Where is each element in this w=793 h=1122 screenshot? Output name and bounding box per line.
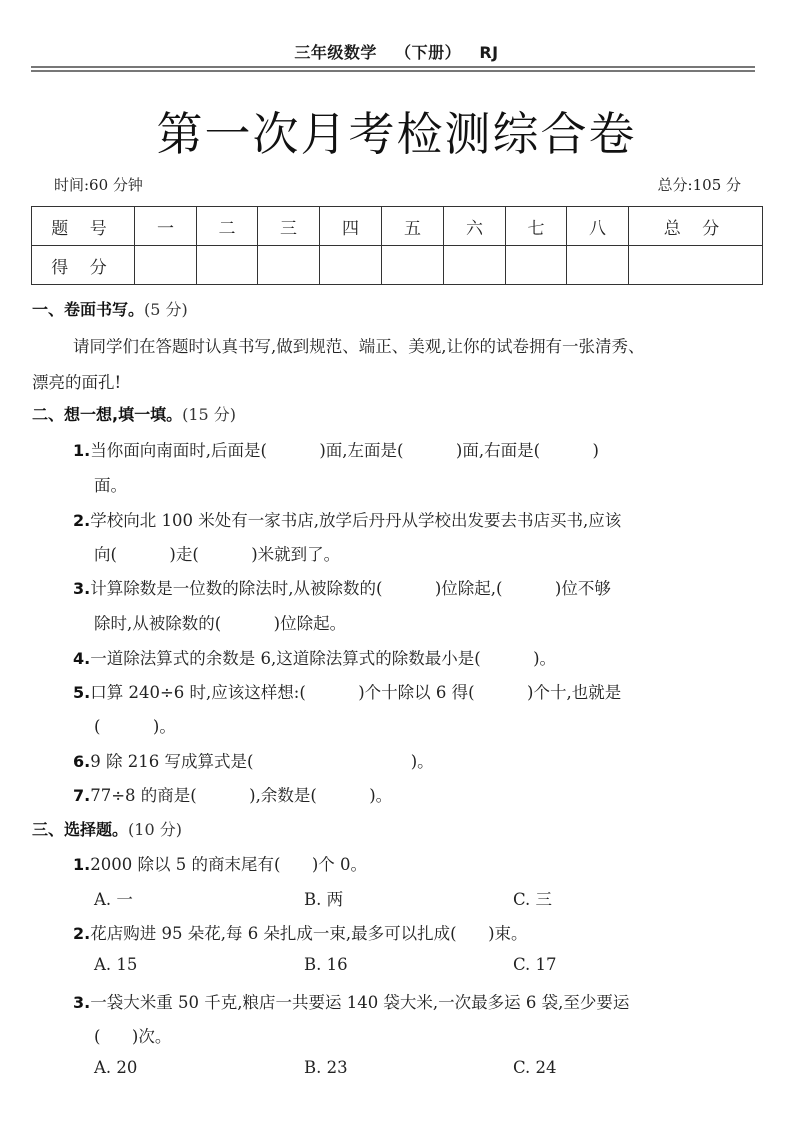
question-number: 3.	[73, 579, 90, 598]
column-header: 四	[320, 207, 382, 246]
choice-option-c[interactable]: C. 三	[513, 886, 552, 910]
section-points: (10 分)	[128, 820, 182, 839]
header-rule-top	[31, 66, 755, 68]
score-label: 得 分	[32, 246, 135, 285]
fill-question-2: 2.学校向北 100 米处有一家书店,放学后丹丹从学校出发要去书店买书,应该	[73, 507, 621, 531]
section-1-body-line-2: 漂亮的面孔!	[32, 369, 121, 393]
choice-option-b[interactable]: B. 23	[304, 1058, 348, 1077]
question-text: 2000 除以 5 的商末尾有( )个 0。	[90, 855, 367, 874]
header-subject: 三年级数学 （下册） RJ	[0, 40, 793, 63]
section-3-title: 三、选择题。(10 分)	[32, 817, 182, 840]
score-cell[interactable]	[320, 246, 382, 285]
fill-question-2-cont: 向( )走( )米就到了。	[94, 541, 340, 565]
score-cell[interactable]	[506, 246, 567, 285]
choice-question-3: 3.一袋大米重 50 千克,粮店一共要运 140 袋大米,一次最多运 6 袋,至…	[73, 989, 629, 1013]
question-text: 学校向北 100 米处有一家书店,放学后丹丹从学校出发要去书店买书,应该	[90, 511, 621, 530]
choice-option-b[interactable]: B. 16	[304, 955, 348, 974]
section-points: (15 分)	[182, 405, 236, 424]
question-number-label: 题 号	[32, 207, 135, 246]
edition-label: RJ	[479, 43, 498, 62]
score-table: 题 号 一 二 三 四 五 六 七 八 总 分 得 分	[31, 206, 763, 285]
question-number: 2.	[73, 924, 90, 943]
question-number: 6.	[73, 752, 90, 771]
fill-question-4: 4.一道除法算式的余数是 6,这道除法算式的除数最小是( )。	[73, 645, 556, 669]
choice-question-2: 2.花店购进 95 朵花,每 6 朵扎成一束,最多可以扎成( )束。	[73, 920, 528, 944]
column-header: 七	[506, 207, 567, 246]
question-text: 9 除 216 写成算式是( )。	[90, 752, 433, 771]
choice-option-b[interactable]: B. 两	[304, 886, 343, 910]
question-text: 77÷8 的商是( ),余数是( )。	[90, 786, 392, 805]
section-title-text: 一、卷面书写。	[32, 300, 144, 319]
question-number: 3.	[73, 993, 90, 1012]
column-header-total: 总 分	[629, 207, 763, 246]
score-table-header-row: 题 号 一 二 三 四 五 六 七 八 总 分	[32, 207, 763, 246]
question-text: 一道除法算式的余数是 6,这道除法算式的除数最小是( )。	[90, 649, 556, 668]
score-table-score-row: 得 分	[32, 246, 763, 285]
question-number: 4.	[73, 649, 90, 668]
score-cell[interactable]	[258, 246, 320, 285]
question-number: 7.	[73, 786, 90, 805]
exam-time: 时间:60 分钟	[54, 174, 143, 195]
subject-label: 三年级数学	[294, 43, 377, 62]
score-cell[interactable]	[444, 246, 506, 285]
choice-option-a[interactable]: A. 15	[94, 955, 137, 974]
exam-total-score: 总分:105 分	[658, 174, 741, 195]
column-header: 三	[258, 207, 320, 246]
fill-question-1: 1.当你面向南面时,后面是( )面,左面是( )面,右面是( )	[73, 437, 599, 461]
choice-question-1: 1.2000 除以 5 的商末尾有( )个 0。	[73, 851, 367, 875]
question-number: 1.	[73, 855, 90, 874]
fill-question-5-cont: ( )。	[94, 713, 176, 737]
column-header: 二	[197, 207, 258, 246]
question-number: 2.	[73, 511, 90, 530]
fill-question-5: 5.口算 240÷6 时,应该这样想:( )个十除以 6 得( )个十,也就是	[73, 679, 621, 703]
question-text: 计算除数是一位数的除法时,从被除数的( )位除起,( )位不够	[90, 579, 611, 598]
section-2-title: 二、想一想,填一填。(15 分)	[32, 402, 236, 425]
page-title: 第一次月考检测综合卷	[0, 98, 793, 164]
score-cell[interactable]	[135, 246, 197, 285]
question-text: 花店购进 95 朵花,每 6 朵扎成一束,最多可以扎成( )束。	[90, 924, 527, 943]
score-cell[interactable]	[197, 246, 258, 285]
question-text: 一袋大米重 50 千克,粮店一共要运 140 袋大米,一次最多运 6 袋,至少要…	[90, 993, 629, 1012]
choice-option-c[interactable]: C. 24	[513, 1058, 557, 1077]
section-points: (5 分)	[144, 300, 188, 319]
score-cell-total[interactable]	[629, 246, 763, 285]
question-number: 5.	[73, 683, 90, 702]
section-1-body-line-1: 请同学们在答题时认真书写,做到规范、端正、美观,让你的试卷拥有一张清秀、	[73, 333, 645, 357]
choice-option-a[interactable]: A. 一	[94, 886, 133, 910]
fill-question-1-cont: 面。	[94, 472, 127, 496]
question-text: 口算 240÷6 时,应该这样想:( )个十除以 6 得( )个十,也就是	[90, 683, 621, 702]
column-header: 六	[444, 207, 506, 246]
choice-option-a[interactable]: A. 20	[94, 1058, 137, 1077]
fill-question-6: 6.9 除 216 写成算式是( )。	[73, 748, 434, 772]
section-title-text: 三、选择题。	[32, 820, 128, 839]
header-rule-bottom	[31, 70, 755, 72]
section-1-title: 一、卷面书写。(5 分)	[32, 297, 188, 320]
score-cell[interactable]	[567, 246, 629, 285]
question-number: 1.	[73, 441, 90, 460]
score-cell[interactable]	[382, 246, 444, 285]
volume-label: （下册）	[395, 43, 461, 62]
column-header: 八	[567, 207, 629, 246]
question-text: 当你面向南面时,后面是( )面,左面是( )面,右面是( )	[90, 441, 599, 460]
choice-option-c[interactable]: C. 17	[513, 955, 557, 974]
choice-question-3-cont: ( )次。	[94, 1023, 171, 1047]
fill-question-7: 7.77÷8 的商是( ),余数是( )。	[73, 782, 392, 806]
column-header: 五	[382, 207, 444, 246]
section-title-text: 二、想一想,填一填。	[32, 405, 182, 424]
fill-question-3-cont: 除时,从被除数的( )位除起。	[94, 610, 346, 634]
column-header: 一	[135, 207, 197, 246]
fill-question-3: 3.计算除数是一位数的除法时,从被除数的( )位除起,( )位不够	[73, 575, 611, 599]
